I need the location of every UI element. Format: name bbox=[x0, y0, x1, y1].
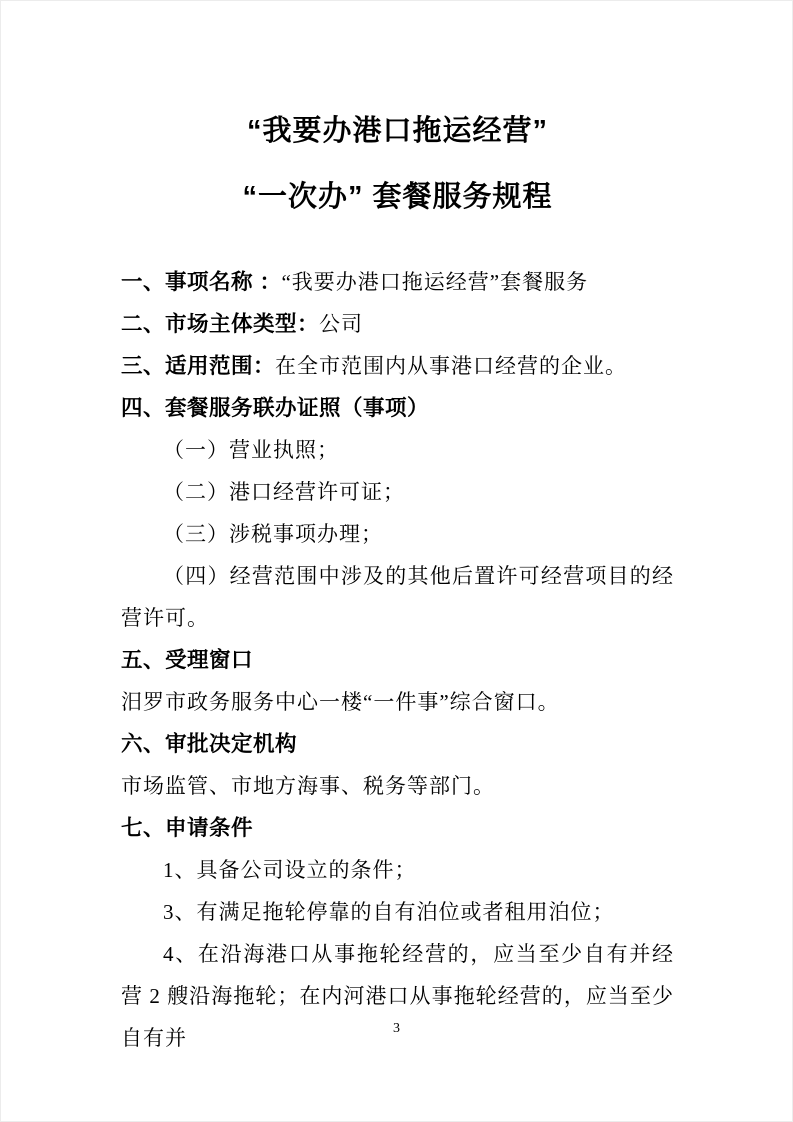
section-scope-text: 在全市范围内从事港口经营的企业。 bbox=[275, 354, 627, 378]
license-item-1: （一）营业执照； bbox=[121, 429, 674, 471]
section-scope-label: 三、适用范围： bbox=[121, 354, 275, 378]
section-window-text: 汨罗市政务服务中心一楼“一件事”综合窗口。 bbox=[121, 681, 674, 723]
section-authority-text: 市场监管、市地方海事、税务等部门。 bbox=[121, 765, 674, 807]
license-item-4: （四）经营范围中涉及的其他后置许可经营项目的经营许可。 bbox=[121, 555, 674, 639]
section-window-heading: 五、受理窗口 bbox=[121, 639, 674, 681]
page-number: 3 bbox=[1, 1019, 792, 1039]
section-entity-type-text: 公司 bbox=[319, 312, 363, 336]
license-item-3: （三）涉税事项办理； bbox=[121, 513, 674, 555]
section-entity-type: 二、市场主体类型：公司 bbox=[121, 303, 674, 345]
section-item-name-text: “我要办港口拖运经营”套餐服务 bbox=[281, 270, 588, 294]
doc-body: 一、事项名称 ：“我要办港口拖运经营”套餐服务 二、市场主体类型：公司 三、适用… bbox=[121, 261, 674, 1059]
section-authority-heading: 六、审批决定机构 bbox=[121, 723, 674, 765]
condition-item-1: 1、具备公司设立的条件； bbox=[121, 849, 674, 891]
doc-title-line-2: “一次办” 套餐服务规程 bbox=[121, 175, 674, 219]
section-item-name-label: 一、事项名称 ： bbox=[121, 270, 281, 294]
condition-item-4: 4、在沿海港口从事拖轮经营的，应当至少自有并经营 2 艘沿海拖轮；在内河港口从事… bbox=[121, 933, 674, 1059]
section-item-name: 一、事项名称 ：“我要办港口拖运经营”套餐服务 bbox=[121, 261, 674, 303]
section-entity-type-label: 二、市场主体类型： bbox=[121, 312, 319, 336]
section-conditions-heading: 七、申请条件 bbox=[121, 807, 674, 849]
section-scope: 三、适用范围：在全市范围内从事港口经营的企业。 bbox=[121, 345, 674, 387]
document-page: “我要办港口拖运经营” “一次办” 套餐服务规程 一、事项名称 ：“我要办港口拖… bbox=[0, 0, 793, 1122]
license-item-2: （二）港口经营许可证； bbox=[121, 471, 674, 513]
condition-item-3: 3、有满足拖轮停靠的自有泊位或者租用泊位； bbox=[121, 891, 674, 933]
section-licenses-heading: 四、套餐服务联办证照（事项） bbox=[121, 387, 674, 429]
doc-title-line-1: “我要办港口拖运经营” bbox=[121, 109, 674, 153]
